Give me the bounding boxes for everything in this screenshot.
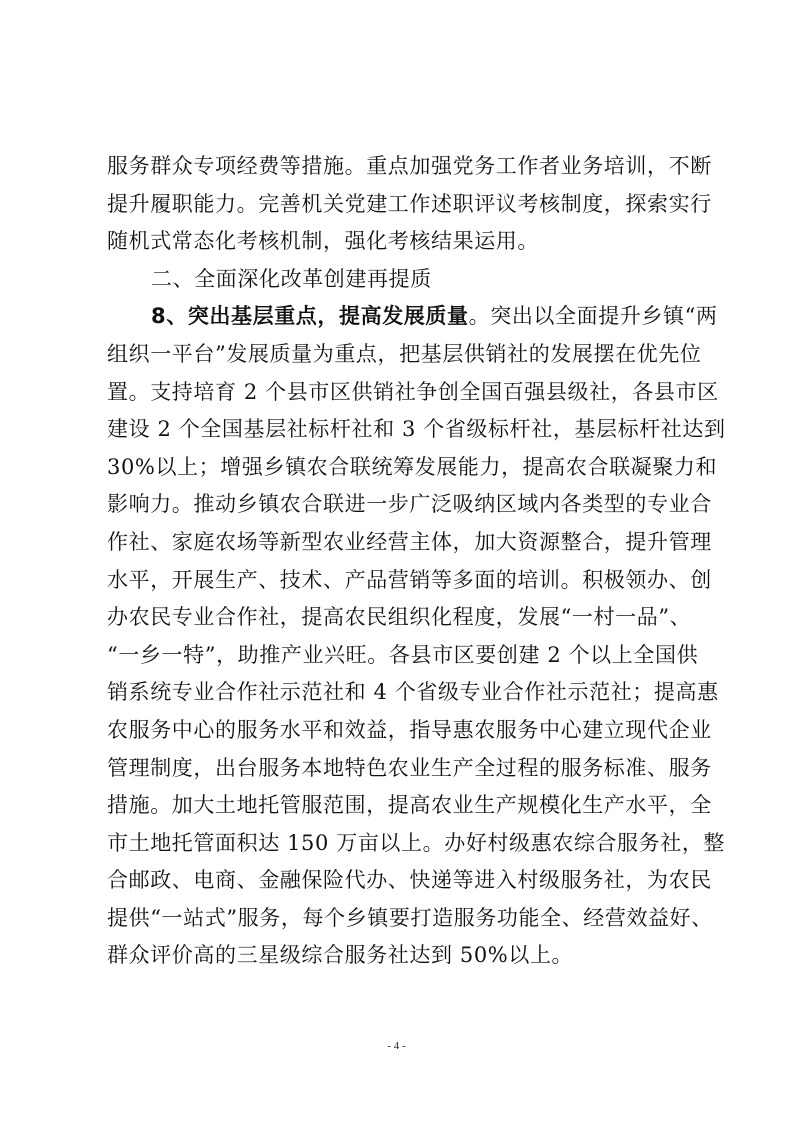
text-line: 群众评价高的三星级综合服务社达到 50%以上。 <box>107 937 689 975</box>
text-line: 市土地托管面积达 150 万亩以上。办好村级惠农综合服务社，整 <box>107 825 689 863</box>
body-text: 服务群众专项经费等措施。重点加强党务工作者业务培训，不断 提升履职能力。完善机关… <box>107 148 689 975</box>
text-line: 合邮政、电商、金融保险代办、快递等进入村级服务社，为农民 <box>107 862 689 900</box>
section-heading: 二、全面深化改革创建再提质 <box>107 261 689 299</box>
text-line: 30%以上；增强乡镇农合联统筹发展能力，提高农合联凝聚力和 <box>107 449 689 487</box>
item-8-first-line-text: 。突出以全面提升乡镇“两 <box>469 304 718 328</box>
text-line: 随机式常态化考核机制，强化考核结果运用。 <box>107 223 689 261</box>
text-line: 建设 2 个全国基层社标杆社和 3 个省级标杆社，基层标杆社达到 <box>107 411 689 449</box>
text-line: 影响力。推动乡镇农合联进一步广泛吸纳区域内各类型的专业合 <box>107 486 689 524</box>
text-line: 提升履职能力。完善机关党建工作述职评议考核制度，探索实行 <box>107 186 689 224</box>
text-line: “一乡一特”，助推产业兴旺。各县市区要创建 2 个以上全国供 <box>107 637 689 675</box>
document-page: 服务群众专项经费等措施。重点加强党务工作者业务培训，不断 提升履职能力。完善机关… <box>0 0 793 1122</box>
text-line: 水平，开展生产、技术、产品营销等多面的培训。积极领办、创 <box>107 562 689 600</box>
page-number: - 4 - <box>0 1040 793 1052</box>
text-line: 服务群众专项经费等措施。重点加强党务工作者业务培训，不断 <box>107 148 689 186</box>
text-line: 置。支持培育 2 个县市区供销社争创全国百强县级社，各县市区 <box>107 374 689 412</box>
text-line: 农服务中心的服务水平和效益，指导惠农服务中心建立现代企业 <box>107 712 689 750</box>
text-line: 办农民专业合作社，提高农民组织化程度，发展“一村一品”、 <box>107 599 689 637</box>
item-8-title: 8、突出基层重点，提高发展质量 <box>151 304 469 328</box>
text-line: 提供“一站式”服务，每个乡镇要打造服务功能全、经营效益好、 <box>107 900 689 938</box>
item-8-first-line: 8、突出基层重点，提高发展质量。突出以全面提升乡镇“两 <box>107 298 689 336</box>
text-line: 措施。加大土地托管服范围，提高农业生产规模化生产水平，全 <box>107 787 689 825</box>
text-line: 组织一平台”发展质量为重点，把基层供销社的发展摆在优先位 <box>107 336 689 374</box>
text-line: 作社、家庭农场等新型农业经营主体，加大资源整合，提升管理 <box>107 524 689 562</box>
text-line: 管理制度，出台服务本地特色农业生产全过程的服务标准、服务 <box>107 750 689 788</box>
text-line: 销系统专业合作社示范社和 4 个省级专业合作社示范社；提高惠 <box>107 674 689 712</box>
